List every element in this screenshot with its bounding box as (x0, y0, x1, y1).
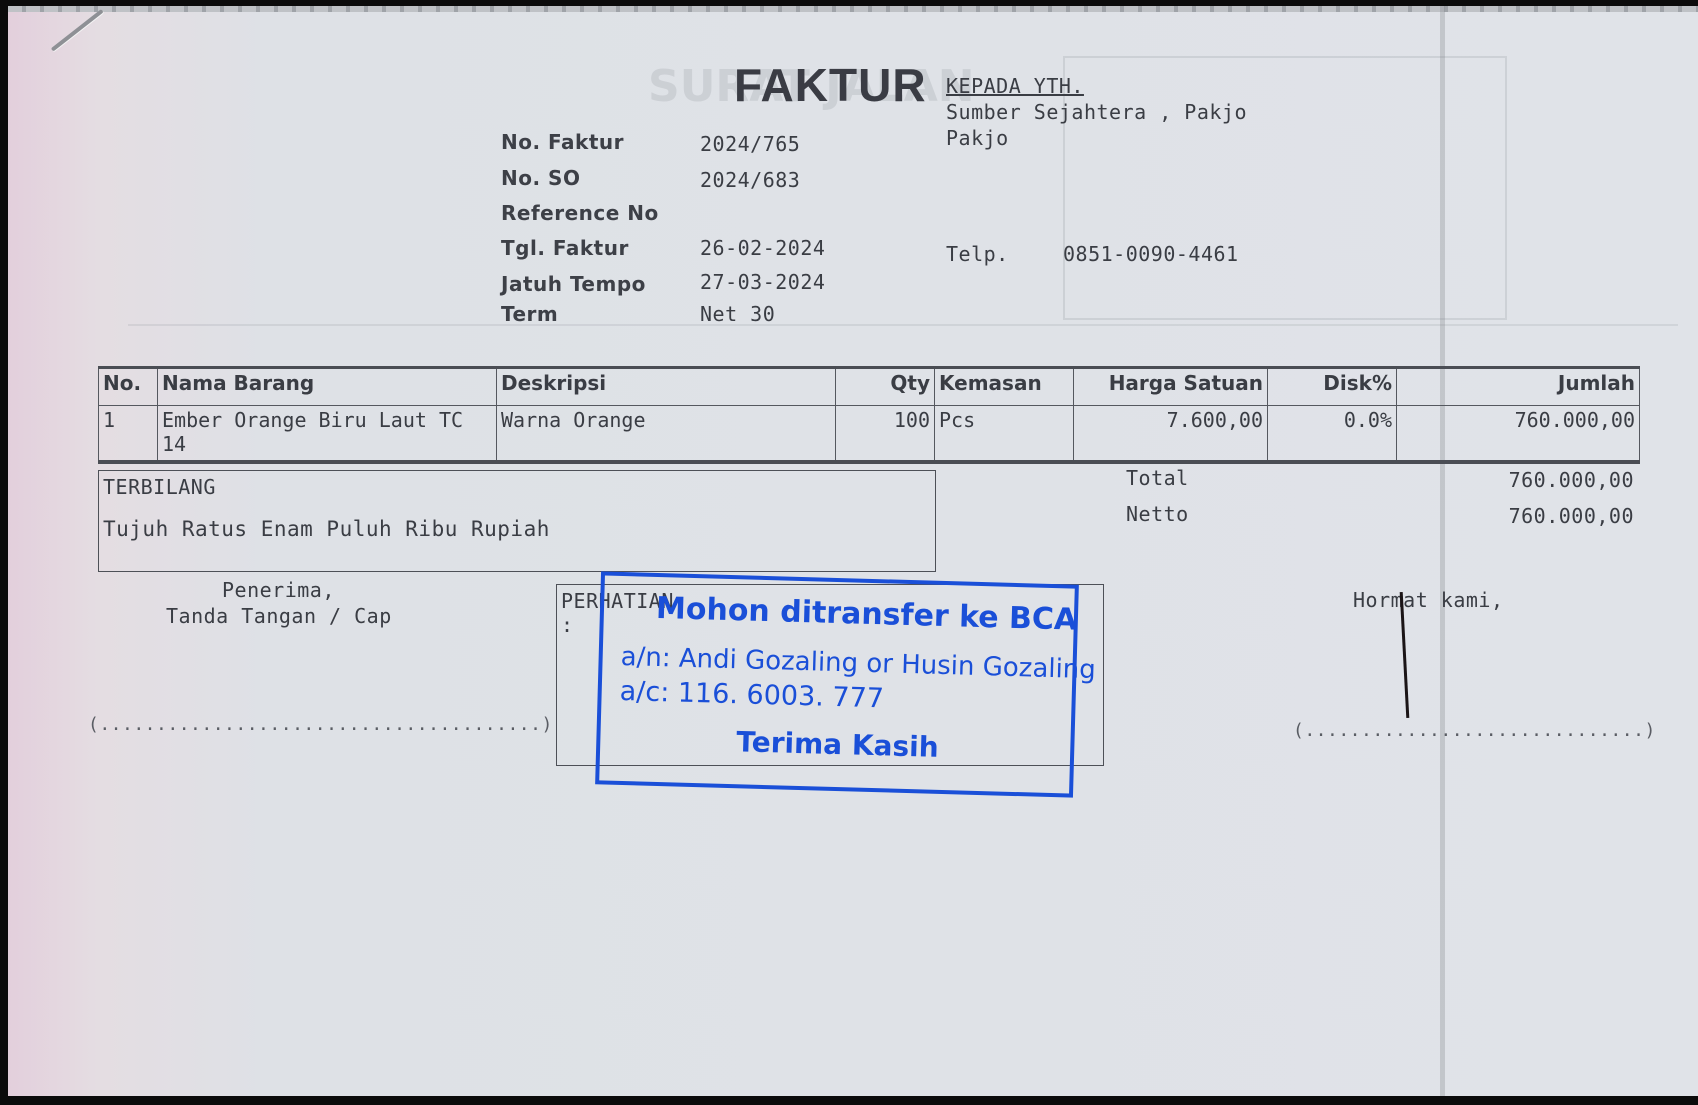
col-no: No. (99, 368, 158, 406)
value-no-so: 2024/683 (700, 168, 800, 192)
col-disk: Disk% (1268, 368, 1397, 406)
label-no-so: No. SO (501, 166, 580, 190)
label-reference-no: Reference No (501, 201, 659, 225)
table-header-row: No. Nama Barang Deskripsi Qty Kemasan Ha… (99, 368, 1640, 406)
col-qty: Qty (836, 368, 935, 406)
total-value: 760.000,00 (1509, 468, 1634, 492)
terbilang-text: Tujuh Ratus Enam Puluh Ribu Rupiah (103, 517, 550, 541)
ghost-rule (128, 324, 1678, 326)
total-label: Total (1126, 466, 1189, 490)
sender-label: Hormat kami, (1353, 588, 1504, 612)
value-tgl-faktur: 26-02-2024 (700, 236, 825, 260)
invoice-paper: SURAT JALAN FAKTUR No. Faktur 2024/765 N… (8, 6, 1698, 1096)
stamp-line-account-number: a/c: 116. 6003. 777 (619, 676, 884, 714)
table-row: 1 Ember Orange Biru Laut TC 14 Warna Ora… (99, 406, 1640, 462)
recipient-heading: KEPADA YTH. (946, 74, 1084, 98)
receiver-sign-caption: Tanda Tangan / Cap (166, 604, 392, 628)
cell-no: 1 (99, 406, 158, 462)
col-jumlah: Jumlah (1397, 368, 1640, 406)
items-table: No. Nama Barang Deskripsi Qty Kemasan Ha… (98, 366, 1640, 464)
document-title: FAKTUR (734, 58, 927, 112)
value-no-faktur: 2024/765 (700, 132, 800, 156)
label-jatuh-tempo: Jatuh Tempo (501, 272, 646, 296)
netto-label: Netto (1126, 502, 1189, 526)
col-kemasan: Kemasan (935, 368, 1074, 406)
recipient-name: Sumber Sejahtera , Pakjo (946, 100, 1247, 124)
recipient-phone-label: Telp. (946, 242, 1009, 266)
terbilang-label: TERBILANG (103, 475, 216, 499)
terbilang-box: TERBILANG Tujuh Ratus Enam Puluh Ribu Ru… (98, 470, 936, 572)
ghost-box (1063, 56, 1507, 320)
label-tgl-faktur: Tgl. Faktur (501, 236, 629, 260)
col-deskripsi: Deskripsi (497, 368, 836, 406)
recipient-phone: 0851-0090-4461 (1063, 242, 1239, 266)
cell-nama-barang: Ember Orange Biru Laut TC 14 (158, 406, 497, 462)
netto-value: 760.000,00 (1509, 504, 1634, 528)
receiver-signature-line: (.......................................… (88, 714, 553, 735)
attention-marker: : (561, 613, 574, 637)
staple-icon (51, 9, 104, 52)
label-no-faktur: No. Faktur (501, 130, 624, 154)
stamp-line-thanks: Terima Kasih (736, 725, 939, 764)
value-jatuh-tempo: 27-03-2024 (700, 270, 825, 294)
cell-disk: 0.0% (1268, 406, 1397, 462)
value-term: Net 30 (700, 302, 775, 326)
cell-harga-satuan: 7.600,00 (1074, 406, 1268, 462)
cell-jumlah: 760.000,00 (1397, 406, 1640, 462)
col-nama-barang: Nama Barang (158, 368, 497, 406)
cell-deskripsi: Warna Orange (497, 406, 836, 462)
receiver-label: Penerima, (222, 578, 335, 602)
cell-qty: 100 (836, 406, 935, 462)
payment-stamp: Mohon ditransfer ke BCA a/n: Andi Gozali… (595, 571, 1079, 797)
cell-kemasan: Pcs (935, 406, 1074, 462)
col-harga-satuan: Harga Satuan (1074, 368, 1268, 406)
sender-signature-line: (..............................) (1293, 720, 1656, 741)
recipient-address: Pakjo (946, 126, 1009, 150)
label-term: Term (501, 302, 558, 326)
stamp-line-transfer: Mohon ditransfer ke BCA (656, 591, 1078, 638)
